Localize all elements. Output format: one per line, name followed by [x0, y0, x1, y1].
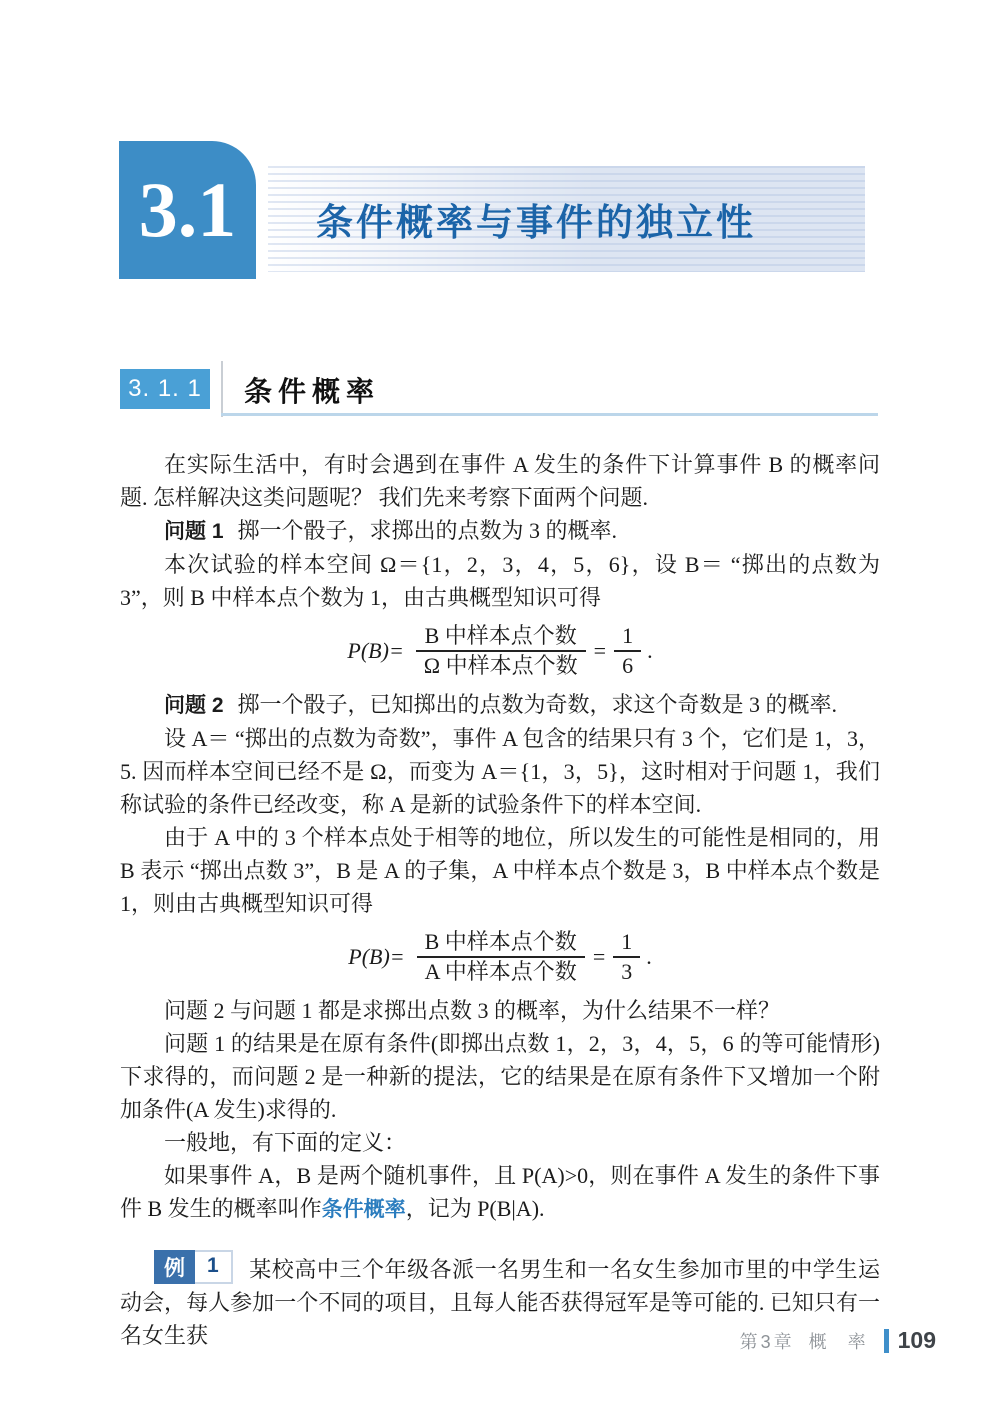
problem-2-analysis: 由于 A 中的 3 个样本点处于相等的地位，所以发生的可能性是相同的，用 B 表…: [120, 821, 880, 920]
comparison-question: 问题 2 与问题 1 都是求掷出点数 3 的概率，为什么结果不一样？: [120, 994, 880, 1027]
fraction-sample-points: B 中样本点个数A 中样本点个数: [417, 928, 585, 986]
body-content: 在实际生活中，有时会遇到在事件 A 发生的条件下计算事件 B 的概率问题. 怎样…: [120, 448, 880, 1352]
example-badge: 例1: [154, 1250, 233, 1284]
definition-after-term: ，记为 P(B|A).: [406, 1196, 545, 1221]
subsection-title: 条件概率: [244, 370, 380, 410]
example-badge-number: 1: [195, 1250, 233, 1284]
fraction-result: 13: [613, 928, 640, 986]
intro-paragraph: 在实际生活中，有时会遇到在事件 A 发生的条件下计算事件 B 的概率问题. 怎样…: [120, 448, 880, 514]
equals-sign: =: [594, 638, 606, 664]
problem-1: 问题 1掷一个骰子，求掷出的点数为 3 的概率.: [120, 514, 880, 548]
section-title-banner: 条件概率与事件的独立性: [268, 166, 865, 272]
definition-term: 条件概率: [322, 1198, 406, 1221]
formula-lhs: P(B)=: [347, 638, 403, 664]
formula-lhs: P(B)=: [348, 944, 404, 970]
fraction-sample-points: B 中样本点个数Ω 中样本点个数: [416, 622, 586, 680]
textbook-page: 3.1 条件概率与事件的独立性 3. 1. 1 条件概率 在实际生活中，有时会遇…: [0, 0, 1000, 1422]
problem-1-setup: 本次试验的样本空间 Ω＝{1，2，3，4，5，6}，设 B＝ “掷出的点数为 3…: [120, 548, 880, 614]
subsection-rule: [221, 413, 878, 416]
page-number: 109: [898, 1327, 936, 1354]
formula-pb-a: P(B)= B 中样本点个数A 中样本点个数 = 13 .: [120, 928, 880, 986]
footer-accent-bar: [884, 1329, 889, 1353]
example-badge-label: 例: [154, 1250, 195, 1284]
subsection-divider: [221, 361, 223, 417]
section-number: 3.1: [139, 171, 237, 249]
formula-pb-omega: P(B)= B 中样本点个数Ω 中样本点个数 = 16 .: [120, 622, 880, 680]
fraction-result: 16: [614, 622, 641, 680]
footer-subject-label: 概 率: [809, 1328, 874, 1354]
definition-paragraph: 如果事件 A，B 是两个随机事件，且 P(A)>0，则在事件 A 发生的条件下事…: [120, 1159, 880, 1226]
equals-sign: =: [593, 944, 605, 970]
problem-2-text: 掷一个骰子，已知掷出的点数为奇数，求这个奇数是 3 的概率.: [238, 692, 838, 717]
problem-1-text: 掷一个骰子，求掷出的点数为 3 的概率.: [238, 518, 618, 543]
section-title: 条件概率与事件的独立性: [316, 192, 756, 246]
subsection-number-badge: 3. 1. 1: [120, 369, 210, 409]
section-number-box: 3.1: [119, 141, 256, 279]
definition-intro: 一般地，有下面的定义：: [120, 1126, 880, 1159]
footer-chapter-label: 第3章: [740, 1328, 795, 1354]
subsection-header: 3. 1. 1 条件概率: [120, 366, 878, 422]
formula-period: .: [647, 638, 653, 664]
problem-2-label: 问题 2: [164, 694, 224, 717]
problem-2: 问题 2掷一个骰子，已知掷出的点数为奇数，求这个奇数是 3 的概率.: [120, 688, 880, 722]
formula-period: .: [646, 944, 652, 970]
page-footer: 第3章 概 率 109: [740, 1327, 936, 1354]
problem-2-setup: 设 A＝ “掷出的点数为奇数”，事件 A 包含的结果只有 3 个，它们是 1，3…: [120, 722, 880, 821]
problem-1-label: 问题 1: [164, 520, 224, 543]
comparison-answer: 问题 1 的结果是在原有条件(即掷出点数 1，2，3，4，5，6 的等可能情形)…: [120, 1027, 880, 1126]
